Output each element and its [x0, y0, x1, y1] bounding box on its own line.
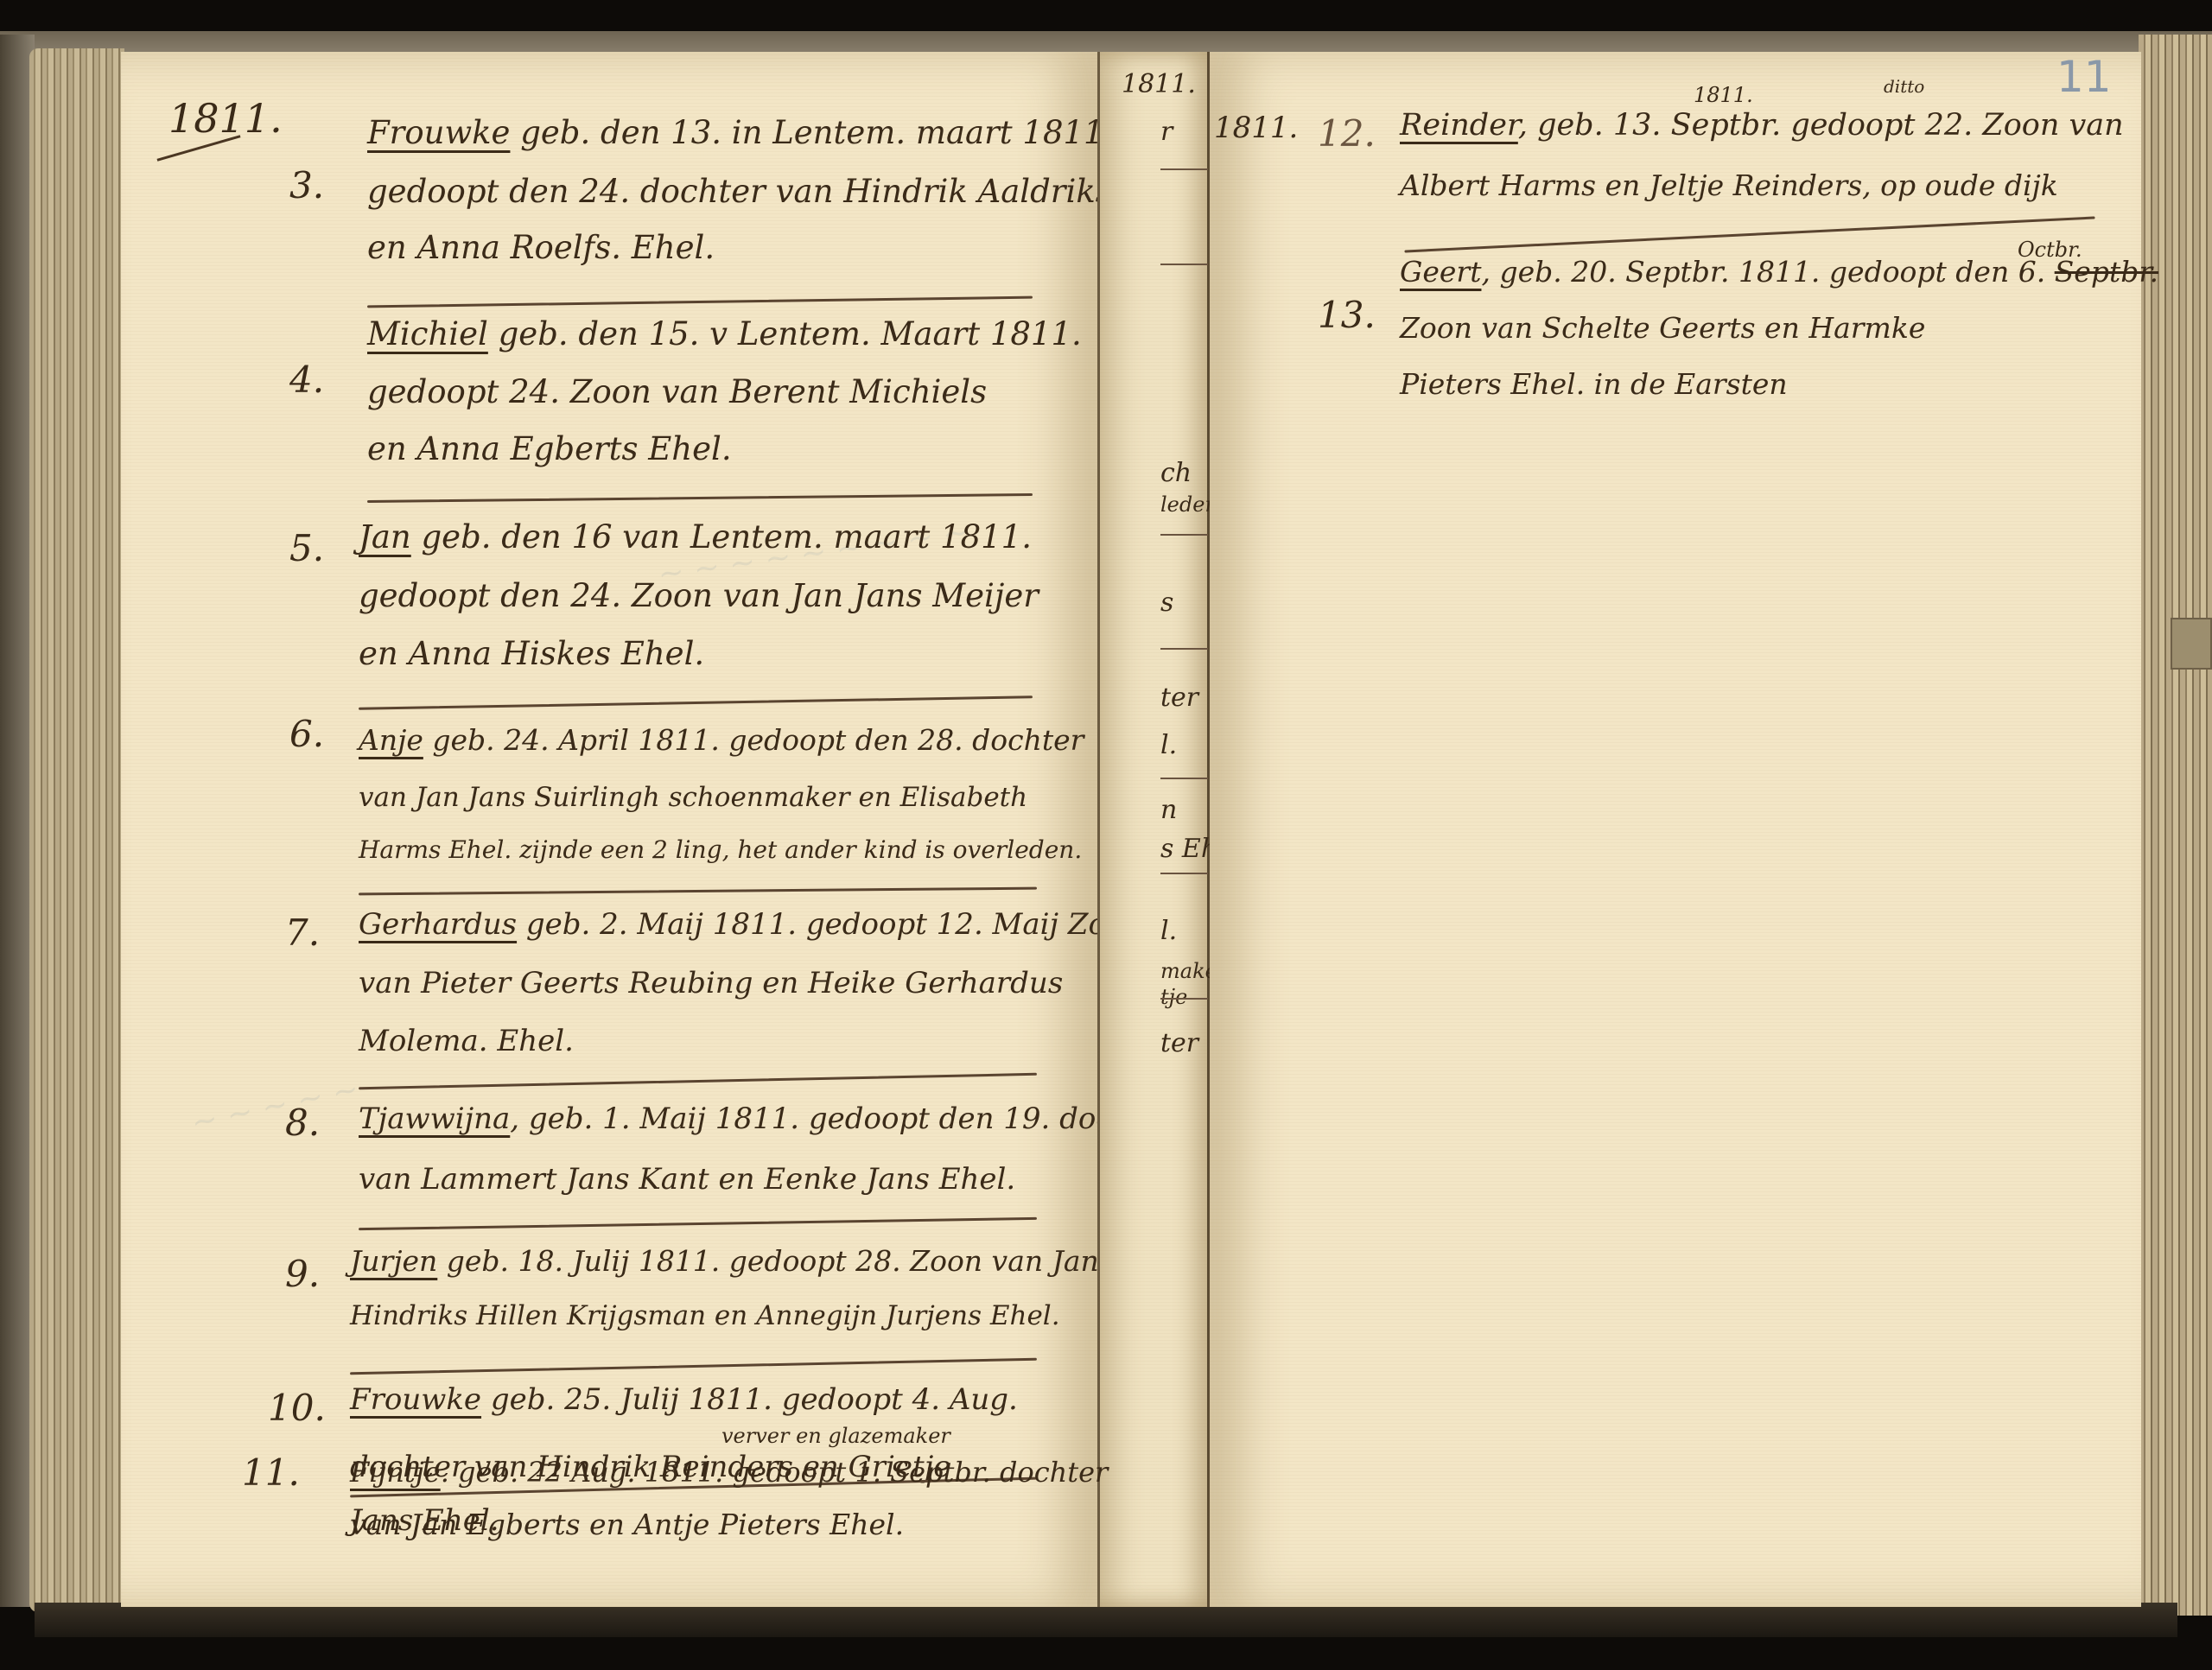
left-page: ~ ~ ~ ~ ~ ~ ~ ~ ~ ~ ~ ~ ~ ~ 1811. 3. Fro… — [121, 52, 1097, 1607]
entry-line: . geb. 22 Aug. 1811. gedoopt 1. Septbr. … — [441, 1456, 1109, 1489]
entry-line: Zoon van Schelte Geerts en Harmke — [1400, 311, 1925, 345]
year-heading: 1811. — [168, 95, 283, 142]
right-page: 11 1811. 12. 1811. ditto Reinder, geb. 1… — [1210, 52, 2141, 1607]
entry-line: , geb. 1. Maij 1811. gedoopt den 19. doc… — [510, 1102, 1174, 1136]
gutter-divider — [1160, 168, 1208, 170]
entry-line: geb. 25. Julij 1811. gedoopt 4. Aug. — [491, 1382, 1018, 1417]
entry-line: geb. 24. April 1811. gedoopt den 28. doc… — [432, 723, 1084, 757]
entry-divider — [1404, 216, 2094, 252]
child-name: Frouwke — [367, 114, 510, 151]
entry-divider — [359, 1217, 1037, 1230]
gutter-divider — [1160, 873, 1208, 874]
child-name: Jan — [359, 518, 411, 556]
entry-number: 6. — [289, 713, 324, 755]
entry-line: en Anna Hiskes Ehel. — [359, 635, 704, 672]
child-name: Frouwke — [350, 1382, 481, 1417]
entry-line: van Pieter Geerts Reubing en Heike Gerha… — [359, 966, 1063, 1000]
gutter-fragment: s — [1160, 587, 1173, 618]
child-name: Tjawwijna — [359, 1102, 510, 1136]
gutter-fragment: ch — [1160, 458, 1192, 488]
child-name: Gerhardus — [359, 907, 517, 942]
entry-divider — [367, 493, 1033, 503]
entry-line: Hindriks Hillen Krijgsman en Annegijn Ju… — [350, 1300, 1060, 1331]
child-name: Michiel — [367, 315, 488, 352]
entry-number: 7. — [285, 911, 320, 954]
open-register-book: ~ ~ ~ ~ ~ ~ ~ ~ ~ ~ ~ ~ ~ ~ 1811. 3. Fro… — [0, 0, 2212, 1670]
entry-line: gedoopt 24. Zoon van Berent Michiels — [367, 373, 987, 410]
entry-number: 5. — [289, 527, 324, 569]
gutter-stub-leaf: 1811. r ch leden. s ter l. n s Ehel. l. … — [1097, 52, 1210, 1607]
entry-line: en Anna Egberts Ehel. — [367, 430, 732, 467]
gutter-divider — [1160, 648, 1208, 650]
gutter-divider — [1160, 534, 1208, 536]
entry-line: gedoopt den 24. Zoon van Jan Jans Meijer — [359, 577, 1039, 614]
entry-number: 11. — [242, 1451, 300, 1494]
entry-number: 10. — [268, 1387, 326, 1429]
gutter-fragment: l. — [1160, 730, 1177, 760]
gutter-fragment: ter — [1160, 1028, 1198, 1058]
gutter-fragment: r — [1160, 117, 1173, 147]
entry-line: geb. den 15. v Lentem. Maart 1811. — [499, 315, 1082, 352]
child-name: Geert — [1400, 255, 1481, 289]
entry-divider — [359, 1073, 1037, 1089]
entry-line: gedoopt den 24. dochter van Hindrik Aald… — [367, 173, 1112, 210]
gutter-divider — [1160, 778, 1208, 779]
year-heading: 1811. — [1214, 111, 1298, 145]
entry-divider — [359, 695, 1033, 710]
entry-line: geb. den 16 van Lentem. maart 1811. — [422, 518, 1032, 556]
entry-number: 4. — [289, 359, 324, 401]
entry-divider — [367, 296, 1033, 308]
book-clasp — [2171, 618, 2212, 670]
child-name: Jurjen — [350, 1244, 437, 1278]
entry-number: 8. — [285, 1102, 320, 1144]
superscript-ditto: ditto — [1884, 76, 1924, 97]
show-through-ink: ~ ~ ~ ~ ~ — [188, 1071, 362, 1141]
entry-line: , geb. 20. Septbr. 1811. gedoopt den 6. — [1481, 255, 2045, 289]
entry-line: , geb. 13. Septbr. gedoopt 22. Zoon van — [1518, 108, 2124, 143]
gutter-fragment: ter — [1160, 683, 1198, 713]
entry-number: 9. — [285, 1253, 320, 1295]
gutter-fragment: tje — [1160, 985, 1187, 1009]
gutter-year: 1811. — [1122, 69, 1196, 99]
child-name: Anje — [359, 723, 423, 757]
entry-line: geb. 2. Maij 1811. gedoopt 12. Maij Zoon — [526, 907, 1142, 942]
entry-divider — [350, 1358, 1037, 1375]
entry-number: 12. — [1318, 112, 1376, 155]
superscript-year: 1811. — [1694, 83, 1753, 107]
gutter-divider — [1160, 264, 1208, 265]
entry-line: Harms Ehel. zijnde een 2 ling, het ander… — [359, 835, 1082, 864]
entry-number: 13. — [1318, 294, 1376, 336]
entry-line: Molema. Ehel. — [359, 1024, 574, 1058]
struck-word: Septbr. — [2055, 255, 2158, 289]
entry-line: geb. 18. Julij 1811. gedoopt 28. Zoon va… — [447, 1244, 1099, 1278]
entry-divider — [359, 887, 1037, 896]
left-leaf-stack — [29, 48, 124, 1612]
entry-line: van Jan Jans Suirlingh schoenmaker en El… — [359, 782, 1027, 813]
entry-line: en Anna Roelfs. Ehel. — [367, 229, 715, 266]
gutter-fragment: l. — [1160, 916, 1177, 946]
gutter-divider — [1160, 998, 1208, 1000]
entry-line: Albert Harms en Jeltje Reinders, op oude… — [1400, 168, 2058, 202]
gutter-fragment: n — [1160, 795, 1177, 825]
child-name: Fijntje — [350, 1456, 441, 1489]
child-name: Reinder — [1400, 108, 1518, 143]
entry-line: Pieters Ehel. in de Earsten — [1400, 367, 1788, 401]
folio-number: 11 — [2056, 52, 2112, 102]
book-cover-bottom-edge — [35, 1603, 2177, 1637]
interlinear-note: verver en glazemaker — [721, 1424, 950, 1448]
entry-number: 3. — [289, 164, 324, 206]
entry-line: van Jan Egberts en Antje Pieters Ehel. — [350, 1508, 904, 1541]
entry-line: van Lammert Jans Kant en Eenke Jans Ehel… — [359, 1162, 1015, 1197]
entry-line: geb. den 13. in Lentem. maart 1811. — [520, 114, 1114, 151]
